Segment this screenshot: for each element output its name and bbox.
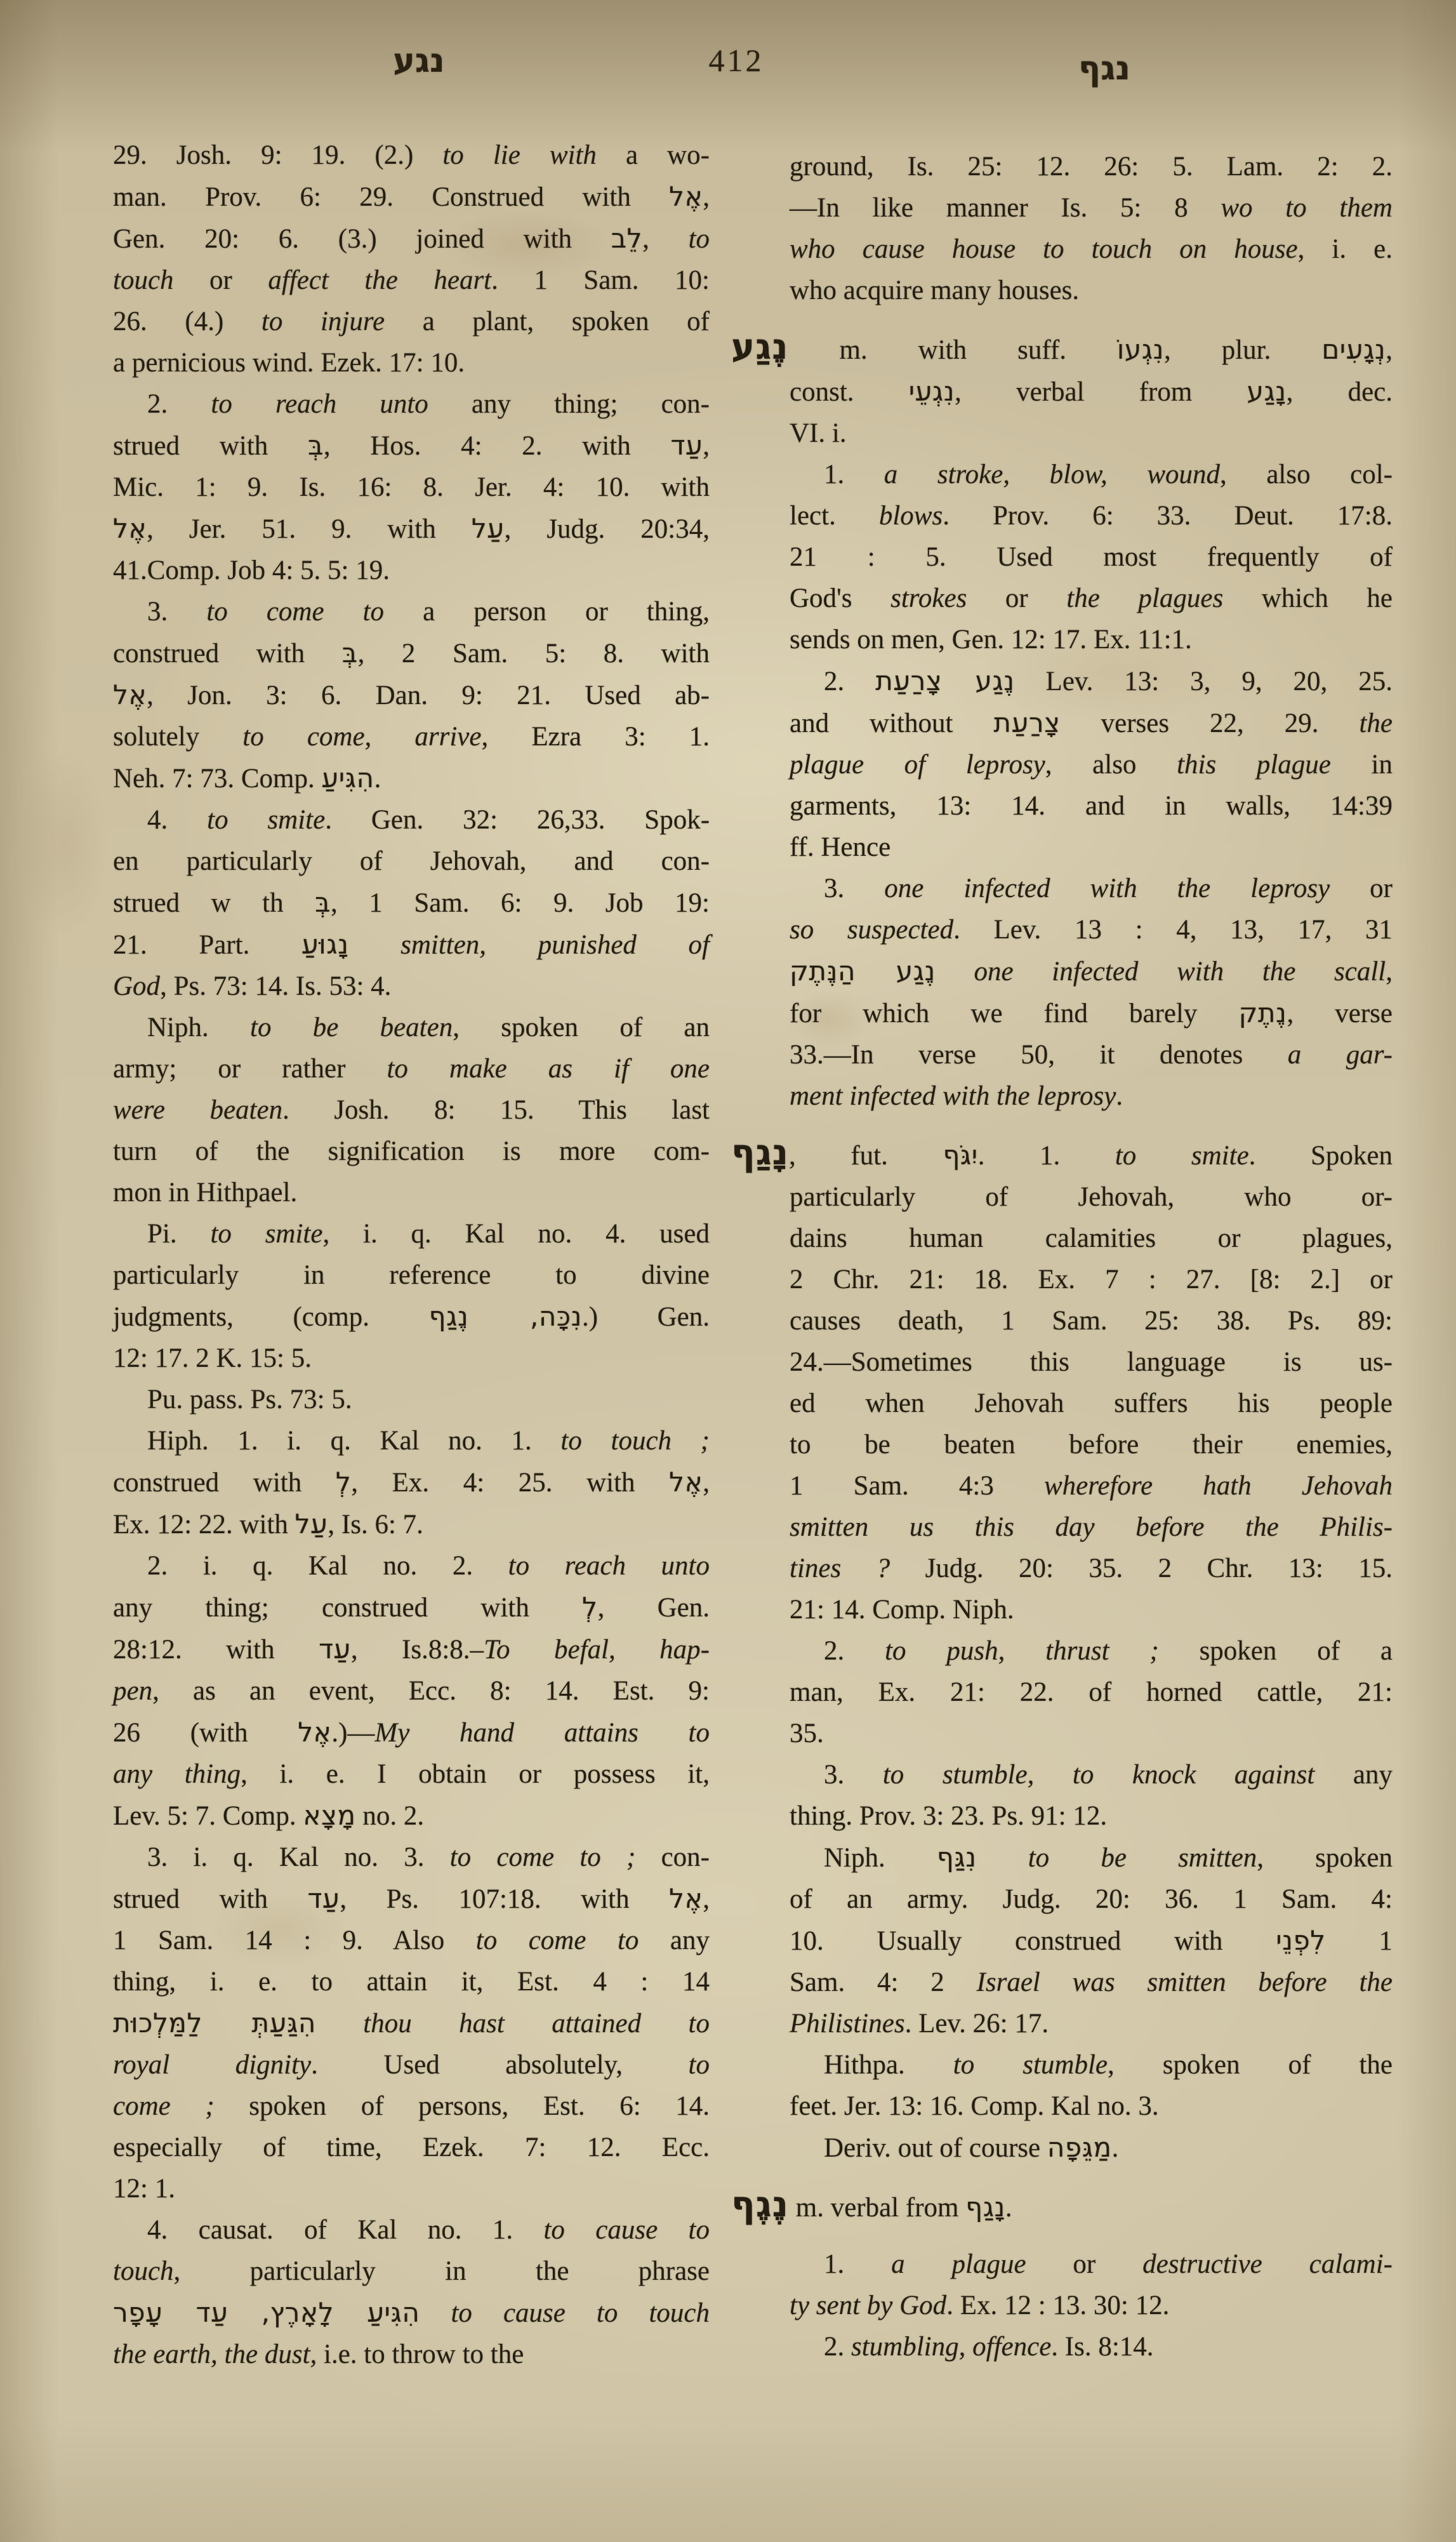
text-line: construed with בְּ‎, 2 Sam. 5: 8. with [113,632,710,674]
roman-text: lect. [790,501,879,531]
italic-gloss: Israel was smitten before the [977,1967,1393,1997]
roman-text: Lev. 5: 7. Comp. [113,1801,303,1831]
hebrew-word: אֶל [669,181,703,212]
roman-text: 10. Usually construed with [790,1926,1276,1956]
roman-text: ‎ 1 [1326,1926,1393,1956]
text-line: causes death, 1 Sam. 25: 38. Ps. 89: [790,1300,1393,1341]
roman-text: , particularly in the phrase [174,2256,710,2286]
roman-text: to be beaten before their enemies, [790,1430,1393,1460]
roman-text: , [703,431,710,461]
roman-text: , Hos. 4: 2. with [324,431,671,461]
roman-text: 2. [824,1636,885,1666]
lexicon-page-scan: { "page": { "header_left": "נגע", "page_… [0,0,1456,2542]
text-line: to be beaten before their enemies, [790,1424,1393,1465]
italic-gloss: My hand attains to [374,1718,710,1748]
text-line: ment infected with the leprosy. [790,1075,1393,1117]
roman-text: judgments, (comp. [113,1302,429,1332]
roman-text: ‎. 1. [978,1141,1115,1171]
text-line: particularly in reference to divine [113,1254,710,1296]
roman-text: , also col- [1220,460,1393,489]
text-line: 1. a stroke, blow, wound, also col- [790,454,1393,495]
hebrew-word: הִגִּיעַ [321,762,374,794]
roman-text: 21: 14. Comp. Niph. [790,1595,1014,1625]
text-line: of an army. Judg. 20: 36. 1 Sam. 4: [790,1879,1393,1920]
roman-text: 21 : 5. Used most frequently of [790,542,1393,572]
roman-text: , Is. 6: 7. [328,1510,423,1540]
italic-gloss: to reach unto [211,389,428,419]
roman-text: i.e. to throw to the [317,2339,524,2369]
italic-gloss: to stumble [953,2050,1108,2080]
hebrew-word: יִגֹּף [943,1140,977,1171]
text-line: strued with בְּ, Hos. 4: 2. with עַד, [113,425,710,467]
text-line: God, Ps. 73: 14. Is. 53: 4. [113,966,710,1007]
text-line: Pi. to smite, i. q. Kal no. 4. used [113,1213,710,1254]
roman-text: construed with [113,1468,336,1498]
hebrew-word: לֵב [611,223,642,254]
roman-text: spoken of a [1159,1636,1393,1666]
text-line: solutely to come, arrive, Ezra 3: 1. [113,716,710,757]
text-line: 12: 1. [113,2168,710,2209]
roman-text: in [1331,750,1393,780]
roman-text: 2. [147,389,211,419]
text-line: en particularly of Jehovah, and con- [113,841,710,882]
text-line: who acquire many houses. [790,270,1393,311]
text-line: who cause house to touch on house, i. e. [790,229,1393,270]
text-line: ff. Hence [790,827,1393,868]
roman-text: . [1112,2133,1119,2163]
text-line: construed with לְ, Ex. 4: 25. with אֶל, [113,1461,710,1503]
roman-text: , Judg. 20:34, [505,514,710,544]
italic-gloss: wherefore hath Jehovah [1044,1471,1393,1501]
roman-text: Pi. [147,1219,210,1249]
hebrew-word: בְּ [342,637,358,669]
text-line: the earth, the dust, i.e. to throw to th… [113,2334,710,2375]
italic-gloss: affect the heart [268,265,491,295]
roman-text: 1. [824,460,884,489]
italic-gloss: to [689,2050,710,2080]
roman-text: particularly in reference to divine [113,1260,710,1290]
text-line: touch, particularly in the phrase [113,2251,710,2292]
italic-gloss: so suspected [790,915,953,945]
text-line: sends on men, Gen. 12: 17. Ex. 11:1. [790,619,1393,660]
roman-text: . Prov. 6: 33. Deut. 17:8. [943,501,1393,531]
text-line: come ; spoken of persons, Est. 6: 14. [113,2086,710,2127]
text-line: ed when Jehovah suffers his people [790,1383,1393,1424]
roman-text: , i. e. [1298,234,1393,264]
italic-gloss: touch [113,2256,174,2286]
italic-gloss: to make as if one [387,1054,710,1084]
roman-text: thing. Prov. 3: 23. Ps. 91: 12. [790,1801,1107,1831]
paper-stain [19,749,108,940]
roman-text: any [1314,1760,1393,1790]
roman-text: who acquire many houses. [790,276,1079,305]
roman-text: 3. [824,1760,883,1790]
italic-gloss: To befal, hap- [484,1635,710,1665]
text-line: 29. Josh. 9: 19. (2.) to lie with a wo- [113,135,710,176]
roman-text: , fut. [789,1141,943,1171]
hebrew-word: אֶל [113,513,147,544]
text-line: for which we find barely נֶתֶק, verse [790,992,1393,1034]
text-line: Lev. 5: 7. Comp. מָצָא no. 2. [113,1795,710,1837]
roman-text: 3. i. q. Kal no. 3. [147,1842,450,1872]
roman-text: a pernicious wind. Ezek. 17: 10. [113,348,465,378]
running-head-right: נגף [1041,50,1168,100]
roman-text: . [1116,1081,1123,1111]
roman-text: , [703,1884,710,1914]
text-line: 2. נֶגַע צָרַעַת Lev. 13: 3, 9, 20, 25. [790,660,1393,702]
roman-text: , [1386,335,1393,365]
text-line: —In like manner Is. 5: 8 wo to them [790,187,1393,229]
entry-first-line: נֶגַע m. with suff. נִגְעוֹ, plur. נְגָע… [790,326,1393,371]
text-line: 2 Chr. 21: 18. Ex. 7 : 27. [8: 2.] or [790,1259,1393,1300]
text-line: 3. to come to a person or thing, [113,591,710,632]
hebrew-word: מָצָא [303,1800,355,1831]
roman-text: 41.Comp. Job 4: 5. 5: 19. [113,556,390,585]
text-line: man, Ex. 21: 22. of horned cattle, 21: [790,1672,1393,1713]
italic-gloss: to be smitten [1028,1843,1257,1873]
roman-text: , i. e. I obtain or possess it, [241,1759,710,1789]
roman-text: .)— [331,1718,374,1748]
hebrew-word: לִפְנֵי [1276,1925,1326,1956]
text-line: strued with עַד, Ps. 107:18. with אֶל, [113,1878,710,1920]
hebrew-word: נִגְעֵי [909,376,955,407]
text-line: Gen. 20: 6. (3.) joined with לֵב, to [113,218,710,260]
roman-text [977,1843,1028,1873]
hebrew-word: אֶל [113,679,147,710]
roman-text: . Used absolutely, [311,2050,688,2080]
roman-text: 1 Sam. 4:3 [790,1471,1044,1501]
text-line: mon in Hithpael. [113,1172,710,1213]
italic-gloss: stumbling, offence [851,2332,1051,2362]
italic-gloss: tines ? [790,1554,890,1583]
text-line: אֶל, Jon. 3: 6. Dan. 9: 21. Used ab- [113,674,710,716]
italic-gloss: wo to them [1221,193,1393,223]
text-line: 24.—Sometimes this language is us- [790,1341,1393,1383]
roman-text: any thing; construed with [113,1593,582,1623]
roman-text: man. Prov. 6: 29. Construed with [113,182,669,212]
roman-text: which he [1223,583,1393,613]
roman-text: ed when Jehovah suffers his people [790,1388,1393,1418]
text-line: 35. [790,1713,1393,1754]
roman-text: Gen. 20: 6. (3.) joined with [113,224,611,254]
roman-text: 12: 1. [113,2174,175,2204]
roman-text: army; or rather [113,1054,387,1084]
roman-text: any [639,1926,710,1955]
text-line: 28:12. with עַד, Is.8:8.–To befal, hap- [113,1628,710,1670]
roman-text: , [642,224,688,254]
hebrew-word: נֶגַע צָרַעַת [875,665,1014,696]
roman-text: , Ps. 73: 14. Is. 53: 4. [160,971,391,1001]
roman-text: Hiph. 1. i. q. Kal no. 1. [147,1426,560,1456]
italic-gloss: any thing [113,1759,241,1789]
text-line: 1. a plague or destructive calami- [790,2244,1393,2285]
text-line: thing, i. e. to attain it, Est. 4 : 14 [113,1961,710,2002]
hebrew-headword: נָגַף [731,1132,789,1173]
roman-text: , Jer. 51. 9. with [147,514,472,544]
text-line: 2. to push, thrust ; spoken of a [790,1630,1393,1672]
italic-gloss: smitten us this day before the Philis- [790,1512,1393,1542]
roman-text: spoken of persons, Est. 6: 14. [215,2091,710,2121]
text-column-left: 29. Josh. 9: 19. (2.) to lie with a wo-m… [113,135,710,2375]
roman-text: , Gen. [598,1593,710,1623]
roman-text: , spoken of an [453,1013,710,1042]
roman-text: particularly of Jehovah, who or- [790,1182,1393,1212]
text-line: feet. Jer. 13: 16. Comp. Kal no. 3. [790,2086,1393,2127]
roman-text: Lev. 13: 3, 9, 20, 25. [1015,667,1393,696]
roman-text: strued with [113,1884,308,1914]
text-line: 1 Sam. 14 : 9. Also to come to any [113,1920,710,1961]
roman-text: especially of time, Ezek. 7: 12. Ecc. [113,2133,710,2162]
roman-text [420,2298,451,2328]
italic-gloss: strokes [890,583,967,613]
italic-gloss: to cause to touch [451,2298,710,2328]
roman-text [316,2009,363,2039]
roman-text: 28:12. with [113,1635,319,1665]
hebrew-word: עַל [472,513,505,544]
italic-gloss: were beaten [113,1095,282,1125]
text-line: הִגִּיעַ לָאָרֶץ, עַד עָפָר to cause to … [113,2292,710,2334]
roman-text: Hithpa. [824,2050,953,2080]
text-line: lect. blows. Prov. 6: 33. Deut. 17:8. [790,495,1393,536]
italic-gloss: God [113,971,160,1001]
text-line: royal dignity. Used absolutely, to [113,2044,710,2086]
roman-text: , Ex. 4: 25. with [351,1468,669,1498]
roman-text: ‎, 2 Sam. 5: 8. with [358,639,710,669]
hebrew-word: נָגַף [965,2192,1005,2223]
italic-gloss: to smite [210,1219,322,1249]
roman-text: and without [790,709,993,738]
italic-gloss: a stroke, blow, wound [884,460,1220,489]
text-line: were beaten. Josh. 8: 15. This last [113,1089,710,1131]
text-line: especially of time, Ezek. 7: 12. Ecc. [113,2127,710,2168]
text-line: smitten us this day before the Philis- [790,1507,1393,1548]
roman-text: strued with [113,431,308,461]
hebrew-word: נִגַּף [937,1842,977,1873]
roman-text: 2. [824,667,875,696]
text-line: נֶגַע הַנֶּתֶק one infected with the sca… [790,950,1393,992]
roman-text: Pu. pass. Ps. 73: 5. [147,1385,352,1414]
roman-text: Deriv. out of course [824,2133,1047,2163]
italic-gloss: a plague [891,2249,1026,2279]
hebrew-word: הִגִּיעַ לָאָרֶץ, עַד עָפָר [113,2297,420,2328]
roman-text: 1 Sam. 14 : 9. Also [113,1926,476,1955]
hebrew-word: עַד [308,1883,340,1914]
running-head-left: נגע [355,42,482,93]
page-number: 412 [673,42,800,93]
roman-text: Neh. 7: 73. Comp. [113,764,321,794]
italic-gloss: to touch ; [560,1426,710,1456]
hebrew-word: לְ [582,1592,597,1623]
hebrew-word: אֶל [669,1883,703,1914]
text-line: 1 Sam. 4:3 wherefore hath Jehovah [790,1465,1393,1507]
italic-gloss: thou hast attained to [363,2009,710,2039]
text-line: tines ? Judg. 20: 35. 2 Chr. 13: 15. [790,1548,1393,1589]
hebrew-headword: נֶגַע [731,326,789,368]
italic-gloss: blows [879,501,943,531]
roman-text: garments, 13: 14. and in walls, 14:39 [790,791,1393,821]
roman-text: mon in Hithpael. [113,1178,297,1208]
roman-text: , verse [1287,999,1393,1028]
text-line: 2. i. q. Kal no. 2. to reach unto [113,1545,710,1587]
roman-text: , Is.8:8.– [351,1635,484,1665]
roman-text: 29. Josh. 9: 19. (2.) [113,140,442,170]
text-line: Hiph. 1. i. q. Kal no. 1. to touch ; [113,1420,710,1461]
roman-text: 3. [147,597,206,627]
hebrew-word: עַד [319,1634,351,1665]
roman-text: of an army. Judg. 20: 36. 1 Sam. 4: [790,1884,1393,1914]
hebrew-word: עַל [295,1508,328,1540]
text-line: Niph. נִגַּף to be smitten, spoken [790,1837,1393,1879]
roman-text: ground, Is. 25: 12. 26: 5. Lam. 2: 2. [790,152,1393,182]
italic-gloss: to injure [261,307,385,336]
italic-gloss: come ; [113,2091,215,2121]
text-line: 4. to smite. Gen. 32: 26,33. Spok- [113,799,710,841]
roman-text: or [967,583,1066,613]
text-line: 12: 17. 2 K. 15: 5. [113,1338,710,1379]
roman-text: construed with [113,639,342,669]
text-line: a pernicious wind. Ezek. 17: 10. [113,342,710,383]
roman-text: . [1005,2193,1012,2223]
roman-text: verses 22, 29. [1061,709,1360,738]
italic-gloss: pen [113,1676,152,1706]
text-line: 3. to stumble, to knock against any [790,1754,1393,1795]
roman-text: , i. q. Kal no. 4. used [322,1219,710,1249]
roman-text: , Jon. 3: 6. Dan. 9: 21. Used ab- [147,681,710,710]
entry-first-line: נָגַף, fut. יִגֹּף‎. 1. to smite. Spoken [790,1132,1393,1176]
hebrew-word: בְּ [308,430,324,461]
hebrew-word: נִכָּה, נֶגַף [429,1301,582,1332]
roman-text: , also [1045,750,1177,780]
italic-gloss: to come to [206,597,384,627]
roman-text: .) Gen. [582,1302,710,1332]
italic-gloss: to lie with [442,140,597,170]
roman-text: man, Ex. 21: 22. of horned cattle, 21: [790,1677,1393,1707]
italic-gloss: the [1359,709,1393,738]
roman-text: strued w th [113,888,315,918]
text-line: 26 (with אֶל.)—My hand attains to [113,1712,710,1753]
roman-text: or [1330,874,1393,903]
italic-gloss: the earth, the dust, [113,2339,317,2369]
roman-text: 26 (with [113,1718,298,1748]
roman-text: 2. i. q. Kal no. 2. [147,1551,508,1581]
text-line: ground, Is. 25: 12. 26: 5. Lam. 2: 2. [790,146,1393,187]
roman-text: en particularly of Jehovah, and con- [113,846,710,876]
roman-text: a person or thing, [384,597,710,627]
hebrew-word: לְ [336,1467,351,1498]
italic-gloss: one infected with the leprosy [884,874,1330,903]
text-line: so suspected. Lev. 13 : 4, 13, 17, 31 [790,909,1393,950]
roman-text: . Josh. 8: 15. This last [282,1095,710,1125]
hebrew-word: צָרַעַת [993,707,1060,738]
text-line: const. נִגְעֵי, verbal from נָגַע, dec. [790,371,1393,413]
roman-text: 21. Part. [113,930,301,960]
roman-text: or [174,265,268,295]
roman-text: , verbal from [955,377,1247,407]
italic-gloss: to smite [1115,1141,1249,1171]
roman-text: ff. Hence [790,832,890,862]
roman-text: Ex. 12: 22. with [113,1510,295,1540]
text-line: pen, as an event, Ecc. 8: 14. Est. 9: [113,1670,710,1712]
roman-text: 35. [790,1719,824,1748]
italic-gloss: to come to ; [450,1842,636,1872]
hebrew-word: נֶגַע הַנֶּתֶק [790,955,936,987]
italic-gloss: who cause house to touch on house [790,234,1298,264]
roman-text: dains human calamities or plagues, [790,1223,1393,1253]
roman-text: Niph. [147,1013,250,1042]
italic-gloss: touch [113,265,174,295]
text-line: הִגַּעַתְּ לַמַּלְכוּת thou hast attaine… [113,2002,710,2044]
roman-text: causes death, 1 Sam. 25: 38. Ps. 89: [790,1306,1393,1336]
roman-text: 33.—In verse 50, it denotes [790,1040,1288,1070]
italic-gloss: to smite [207,805,325,835]
italic-gloss: to come to [476,1926,639,1955]
roman-text: . Gen. 32: 26,33. Spok- [325,805,710,835]
roman-text: solutely [113,722,242,752]
roman-text: m. verbal from [789,2193,965,2223]
italic-gloss: to [689,224,710,254]
text-line: 41.Comp. Job 4: 5. 5: 19. [113,550,710,591]
roman-text: const. [790,377,909,407]
italic-gloss: one infected with the scall [974,957,1386,987]
text-line: 33.—In verse 50, it denotes a gar- [790,1034,1393,1075]
italic-gloss: a gar- [1288,1040,1393,1070]
hebrew-word: נָגַע [1247,376,1287,407]
roman-text: any thing; con- [428,389,710,419]
roman-text: 4. [147,805,207,835]
text-line: ty sent by God. Ex. 12 : 13. 30: 12. [790,2285,1393,2326]
text-line: and without צָרַעַת verses 22, 29. the [790,702,1393,744]
roman-text: 26. (4.) [113,307,261,336]
roman-text: . 1 Sam. 10: [491,265,710,295]
roman-text: con- [635,1842,710,1872]
text-line: 21 : 5. Used most frequently of [790,536,1393,578]
roman-text: , spoken [1257,1843,1393,1873]
roman-text: , [703,1468,710,1498]
roman-text: Sam. 4: 2 [790,1967,977,1997]
italic-gloss: plague of leprosy [790,750,1045,780]
roman-text: , [1386,957,1393,987]
roman-text: thing, i. e. to attain it, Est. 4 : 14 [113,1967,710,1997]
roman-text: no. 2. [356,1801,425,1831]
roman-text: Judg. 20: 35. 2 Chr. 13: 15. [890,1554,1393,1583]
roman-text: . Is. 8:14. [1051,2332,1153,2362]
hebrew-word: בְּ [315,887,331,918]
italic-gloss: ment infected with the leprosy [790,1081,1116,1111]
text-line: Neh. 7: 73. Comp. הִגִּיעַ. [113,757,710,799]
roman-text: or [1026,2249,1143,2279]
text-line: dains human calamities or plagues, [790,1218,1393,1259]
text-line: Hithpa. to stumble, spoken of the [790,2044,1393,2086]
roman-text: VI. i. [790,418,847,448]
text-line: Niph. to be beaten, spoken of an [113,1007,710,1048]
text-line: Pu. pass. Ps. 73: 5. [113,1379,710,1420]
roman-text: 12: 17. 2 K. 15: 5. [113,1343,312,1373]
roman-text: sends on men, Gen. 12: 17. Ex. 11:1. [790,625,1192,655]
roman-text: 1. [824,2249,891,2279]
text-line: 2. stumbling, offence. Is. 8:14. [790,2326,1393,2367]
text-line: strued w th בְּ‎, 1 Sam. 6: 9. Job 19: [113,882,710,924]
roman-text: 2 Chr. 21: 18. Ex. 7 : 27. [8: 2.] or [790,1265,1393,1294]
roman-text: 2. [824,2332,851,2362]
text-line: אֶל, Jer. 51. 9. with עַל, Judg. 20:34, [113,508,710,550]
roman-text: . Lev. 13 : 4, 13, 17, 31 [953,915,1393,945]
entry-first-line: נֶגֶף m. verbal from נָגַף. [790,2184,1393,2228]
hebrew-word: אֶל [298,1717,331,1748]
text-line: thing. Prov. 3: 23. Ps. 91: 12. [790,1795,1393,1837]
roman-text [348,930,400,960]
roman-text: 24.—Sometimes this language is us- [790,1347,1393,1377]
italic-gloss: smitten, punished of [400,930,710,960]
